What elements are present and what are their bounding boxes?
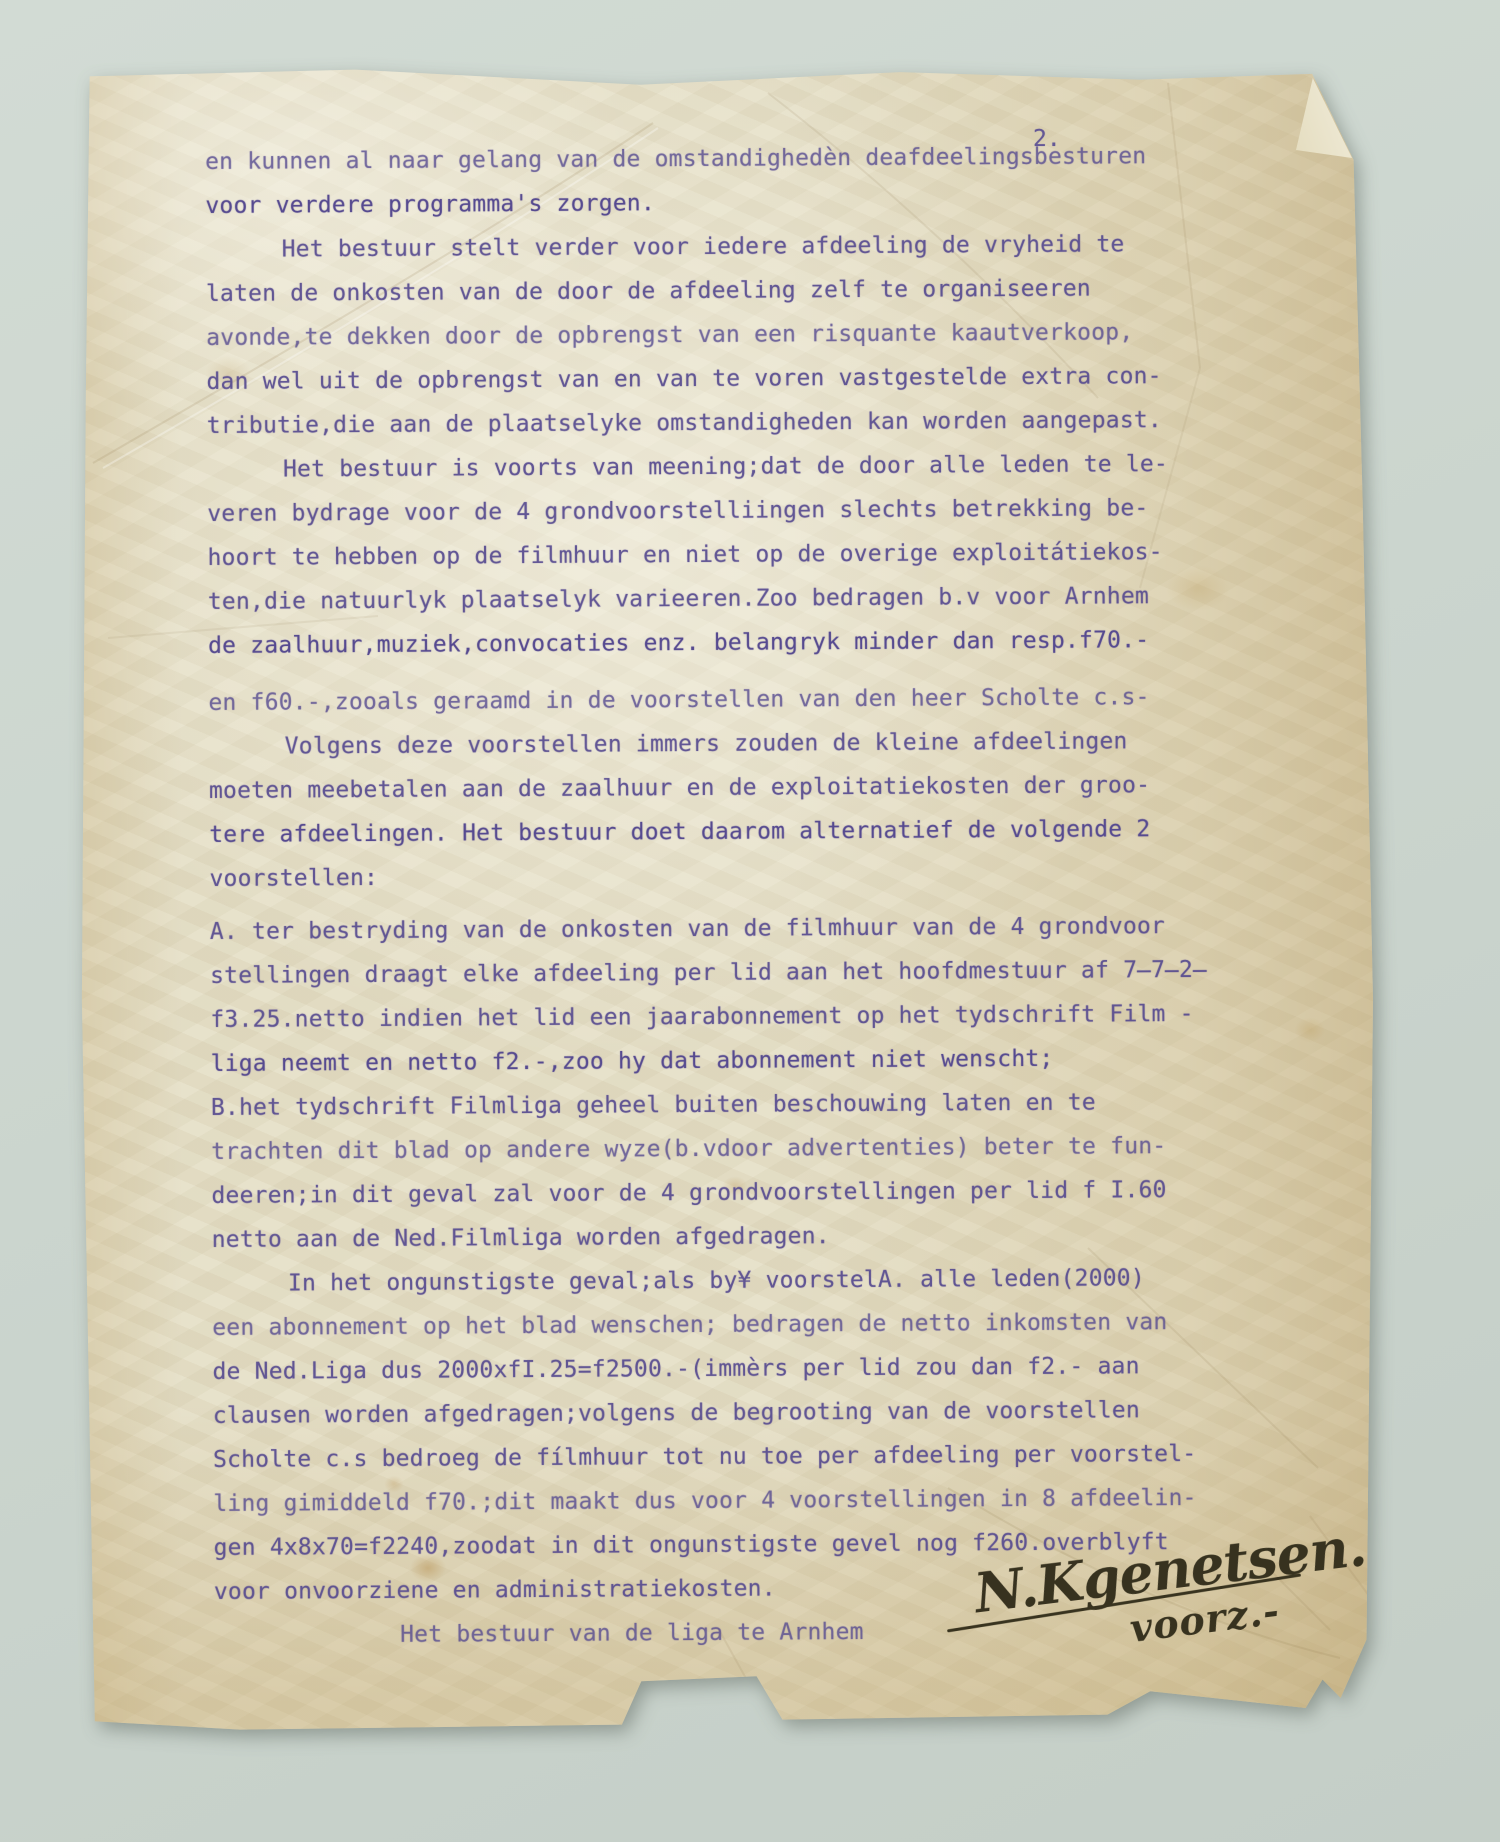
typed-line: en f60.-,zooals geraamd in de voorstelle… bbox=[208, 674, 1283, 725]
typed-line: trachten dit blad op andere wyze(b.vdoor… bbox=[211, 1123, 1286, 1174]
typed-line: liga neemt en netto f2.-,zoo hy dat abon… bbox=[211, 1035, 1286, 1086]
typed-line: clausen worden afgedragen;volgens de beg… bbox=[213, 1387, 1288, 1438]
typed-line: stellingen draagt elke afdeeling per lid… bbox=[210, 947, 1285, 998]
typed-line: voorstellen: bbox=[209, 850, 1284, 901]
scan-background: 2. en kunnen al naar gelang van de omsta… bbox=[0, 0, 1500, 1842]
typed-line: In het ongunstigste geval;als by¥ voorst… bbox=[212, 1255, 1287, 1306]
typed-line: A. ter bestryding van de onkosten van de… bbox=[210, 903, 1285, 954]
typed-line: hoort te hebben op de filmhuur en niet o… bbox=[207, 529, 1282, 580]
typed-line: netto aan de Ned.Filmliga worden afgedra… bbox=[212, 1211, 1287, 1262]
typed-line: de Ned.Liga dus 2000xfI.25=f2500.-(immèr… bbox=[212, 1343, 1287, 1394]
typed-line: B.het tydschrift Filmliga geheel buiten … bbox=[211, 1079, 1286, 1130]
typed-text-block: en kunnen al naar gelang van de omstandi… bbox=[205, 133, 1289, 1658]
typed-line: tere afdeelingen. Het bestuur doet daaro… bbox=[209, 806, 1284, 857]
typed-line: f3.25.netto indien het lid een jaarabonn… bbox=[210, 991, 1285, 1042]
typed-line: veren bydrage voor de 4 grondvoorstellii… bbox=[207, 485, 1282, 536]
typed-line: Het bestuur is voorts van meening;dat de… bbox=[207, 441, 1282, 492]
typed-line: moeten meebetalen aan de zaalhuur en de … bbox=[209, 762, 1284, 813]
typed-line: voor verdere programma's zorgen. bbox=[205, 177, 1280, 228]
paper-sheet: 2. en kunnen al naar gelang van de omsta… bbox=[78, 68, 1373, 1738]
typed-line: en kunnen al naar gelang van de omstandi… bbox=[205, 133, 1280, 184]
typed-line: avonde,te dekken door de opbrengst van e… bbox=[206, 309, 1281, 360]
typed-line: een abonnement op het blad wenschen; bed… bbox=[212, 1299, 1287, 1350]
typed-line: laten de onkosten van de door de afdeeli… bbox=[206, 265, 1281, 316]
typed-line: de zaalhuur,muziek,convocaties enz. bela… bbox=[208, 617, 1283, 668]
typed-line: deeren;in dit geval zal voor de 4 grondv… bbox=[211, 1167, 1286, 1218]
typed-line: Het bestuur stelt verder voor iedere afd… bbox=[206, 221, 1281, 272]
typed-line: ten,die natuurlyk plaatselyk varieeren.Z… bbox=[208, 573, 1283, 624]
typed-line: Scholte c.s bedroeg de fílmhuur tot nu t… bbox=[213, 1431, 1288, 1482]
typed-line: Volgens deze voorstellen immers zouden d… bbox=[209, 718, 1284, 769]
typed-line: dan wel uit de opbrengst van en van te v… bbox=[206, 353, 1281, 404]
typed-line: tributie,die aan de plaatselyke omstandi… bbox=[207, 397, 1282, 448]
typed-line: ling gimiddeld f70.;dit maakt dus voor 4… bbox=[213, 1475, 1288, 1526]
